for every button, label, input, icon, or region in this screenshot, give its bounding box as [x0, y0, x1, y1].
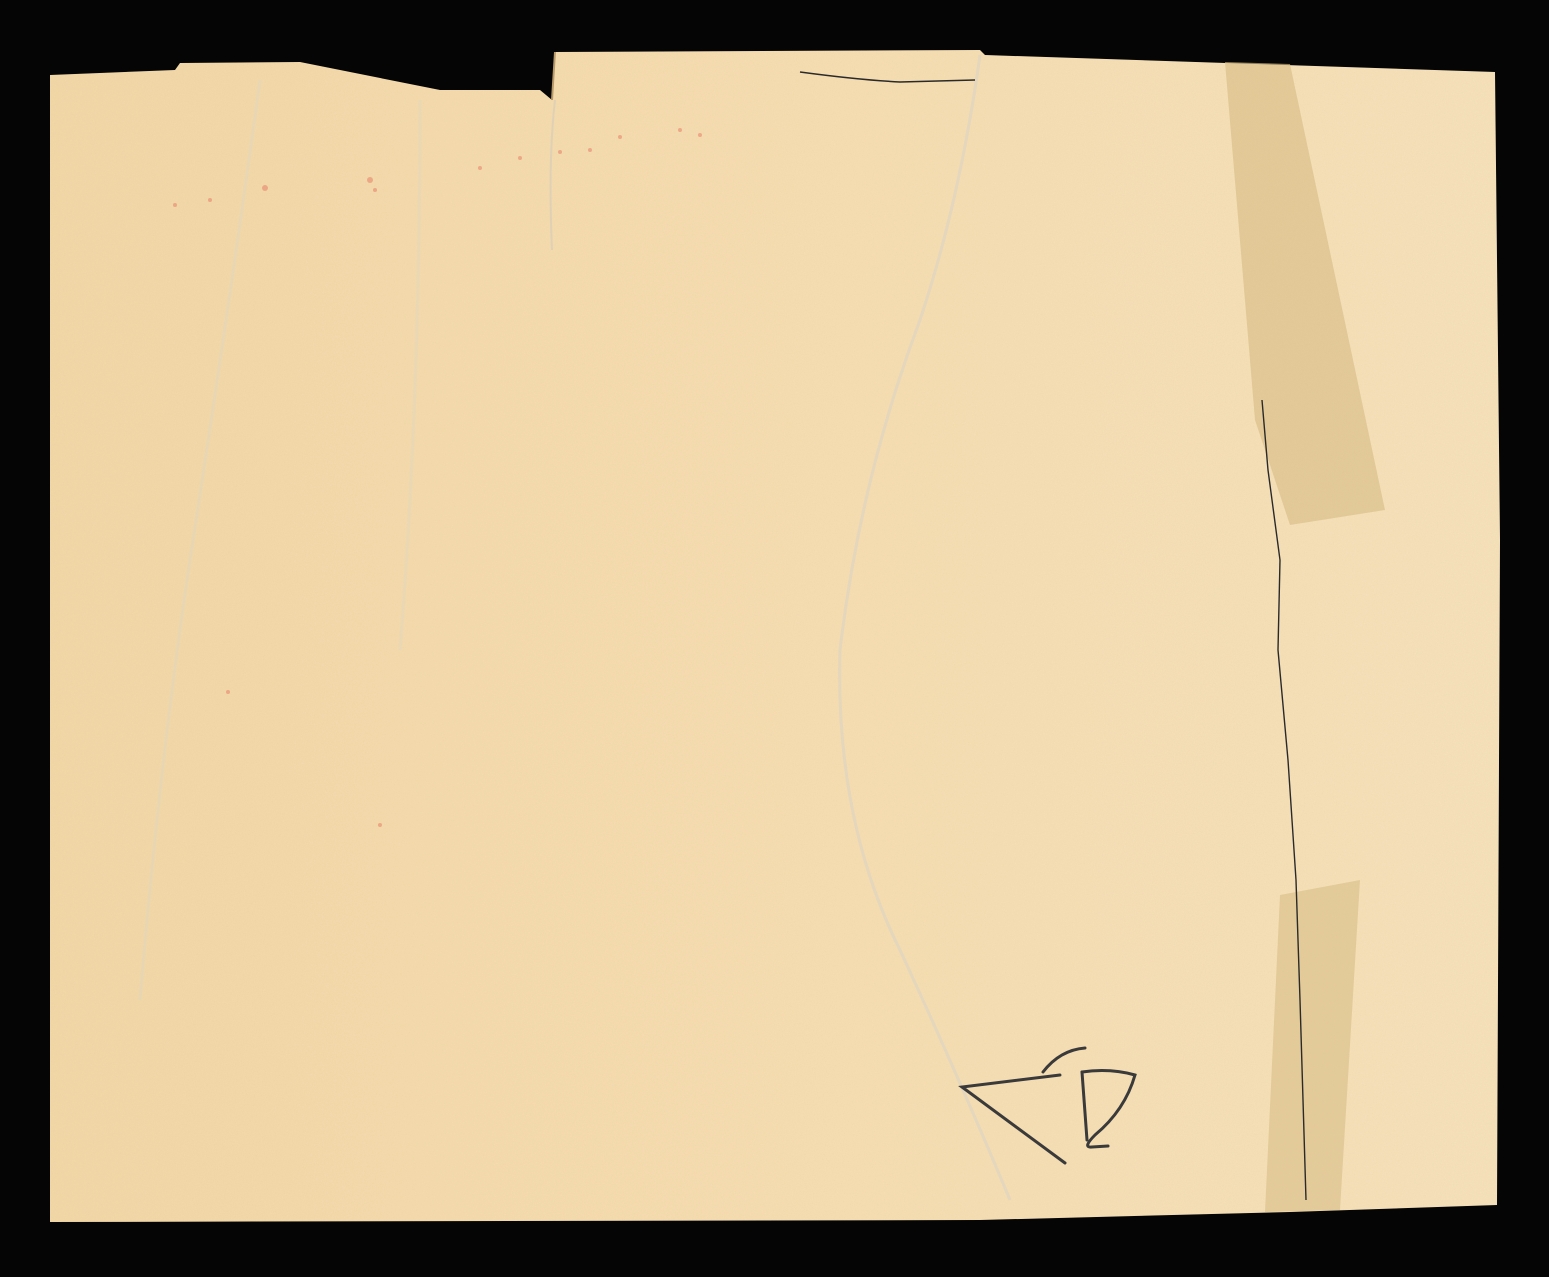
photo-scene: Reverse side of an aged paper fragment (… [0, 0, 1549, 1277]
paper-photo [0, 0, 1549, 1277]
